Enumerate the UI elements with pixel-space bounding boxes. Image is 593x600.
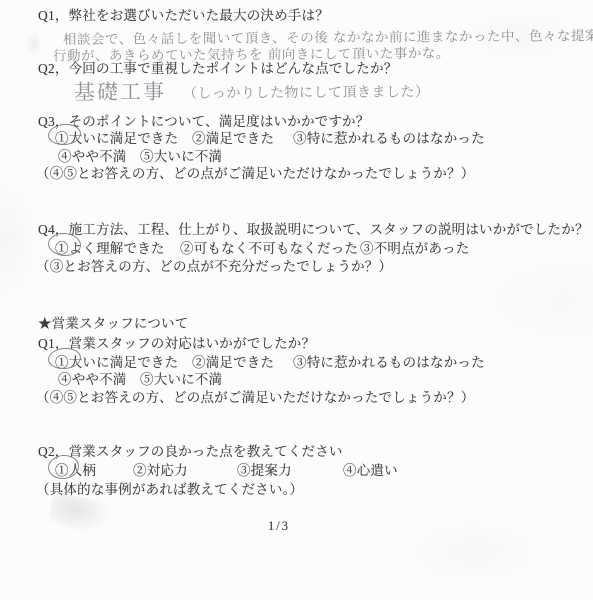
q1-header: Q1，弊社をお選びいただいた最大の決め手は？ xyxy=(38,4,329,24)
sales-q1-option-4: ④やや不満 xyxy=(58,368,127,388)
q4-followup-note: （③とお答えの方、どの点が不充分だったでしょうか？） xyxy=(36,255,392,275)
sales-q2-option-4: ④心遣い xyxy=(343,459,398,479)
q2-handwritten-answer: 基礎工事 xyxy=(74,76,166,107)
sales-section-title: ★営業スタッフについて xyxy=(38,312,188,332)
pencil-smudge xyxy=(47,491,111,536)
sales-q2-option-3: ③提案力 xyxy=(237,459,292,479)
sales-q2-option-2: ②対応力 xyxy=(133,459,188,479)
page-number: 1/3 xyxy=(268,519,290,534)
q4-header: Q4，施工方法、工程、仕上がり、取扱説明について、スタッフの説明はいかがでしたか… xyxy=(38,218,589,238)
q4-option-2: ②可もなく不可もなくだった xyxy=(180,237,358,257)
scanned-questionnaire-page: Q1，弊社をお選びいただいた最大の決め手は？ 相談会で、色々話しを聞いて頂き、そ… xyxy=(0,0,593,600)
scan-edge-smudge xyxy=(26,30,42,58)
sales-q1-followup-note: （④⑤とお答えの方、どの点がご満足いただけなかったでしょうか？） xyxy=(36,386,474,406)
sales-q1-header: Q1，営業スタッフの対応はいかがでしたか？ xyxy=(38,332,315,352)
q2-header: Q2，今回の工事で重視したポイントはどんな点でしたか？ xyxy=(38,57,397,77)
q2-handwritten-answer-note: （しっかりした物にして頂きました） xyxy=(183,81,430,103)
sales-q1-option-5: ⑤大いに不満 xyxy=(140,368,222,388)
q3-option-2: ②満足できた xyxy=(192,127,274,147)
sales-q2-header: Q2，営業スタッフの良かった点を教えてください xyxy=(38,440,343,460)
q3-option-3: ③特に惹かれるものはなかった xyxy=(293,127,485,147)
sales-q1-option-3: ③特に惹かれるものはなかった xyxy=(293,351,485,371)
q4-option-3: ③不明点があった xyxy=(360,237,469,257)
q3-followup-note: （④⑤とお答えの方、どの点がご満足いただけなかったでしょうか？） xyxy=(36,162,474,182)
